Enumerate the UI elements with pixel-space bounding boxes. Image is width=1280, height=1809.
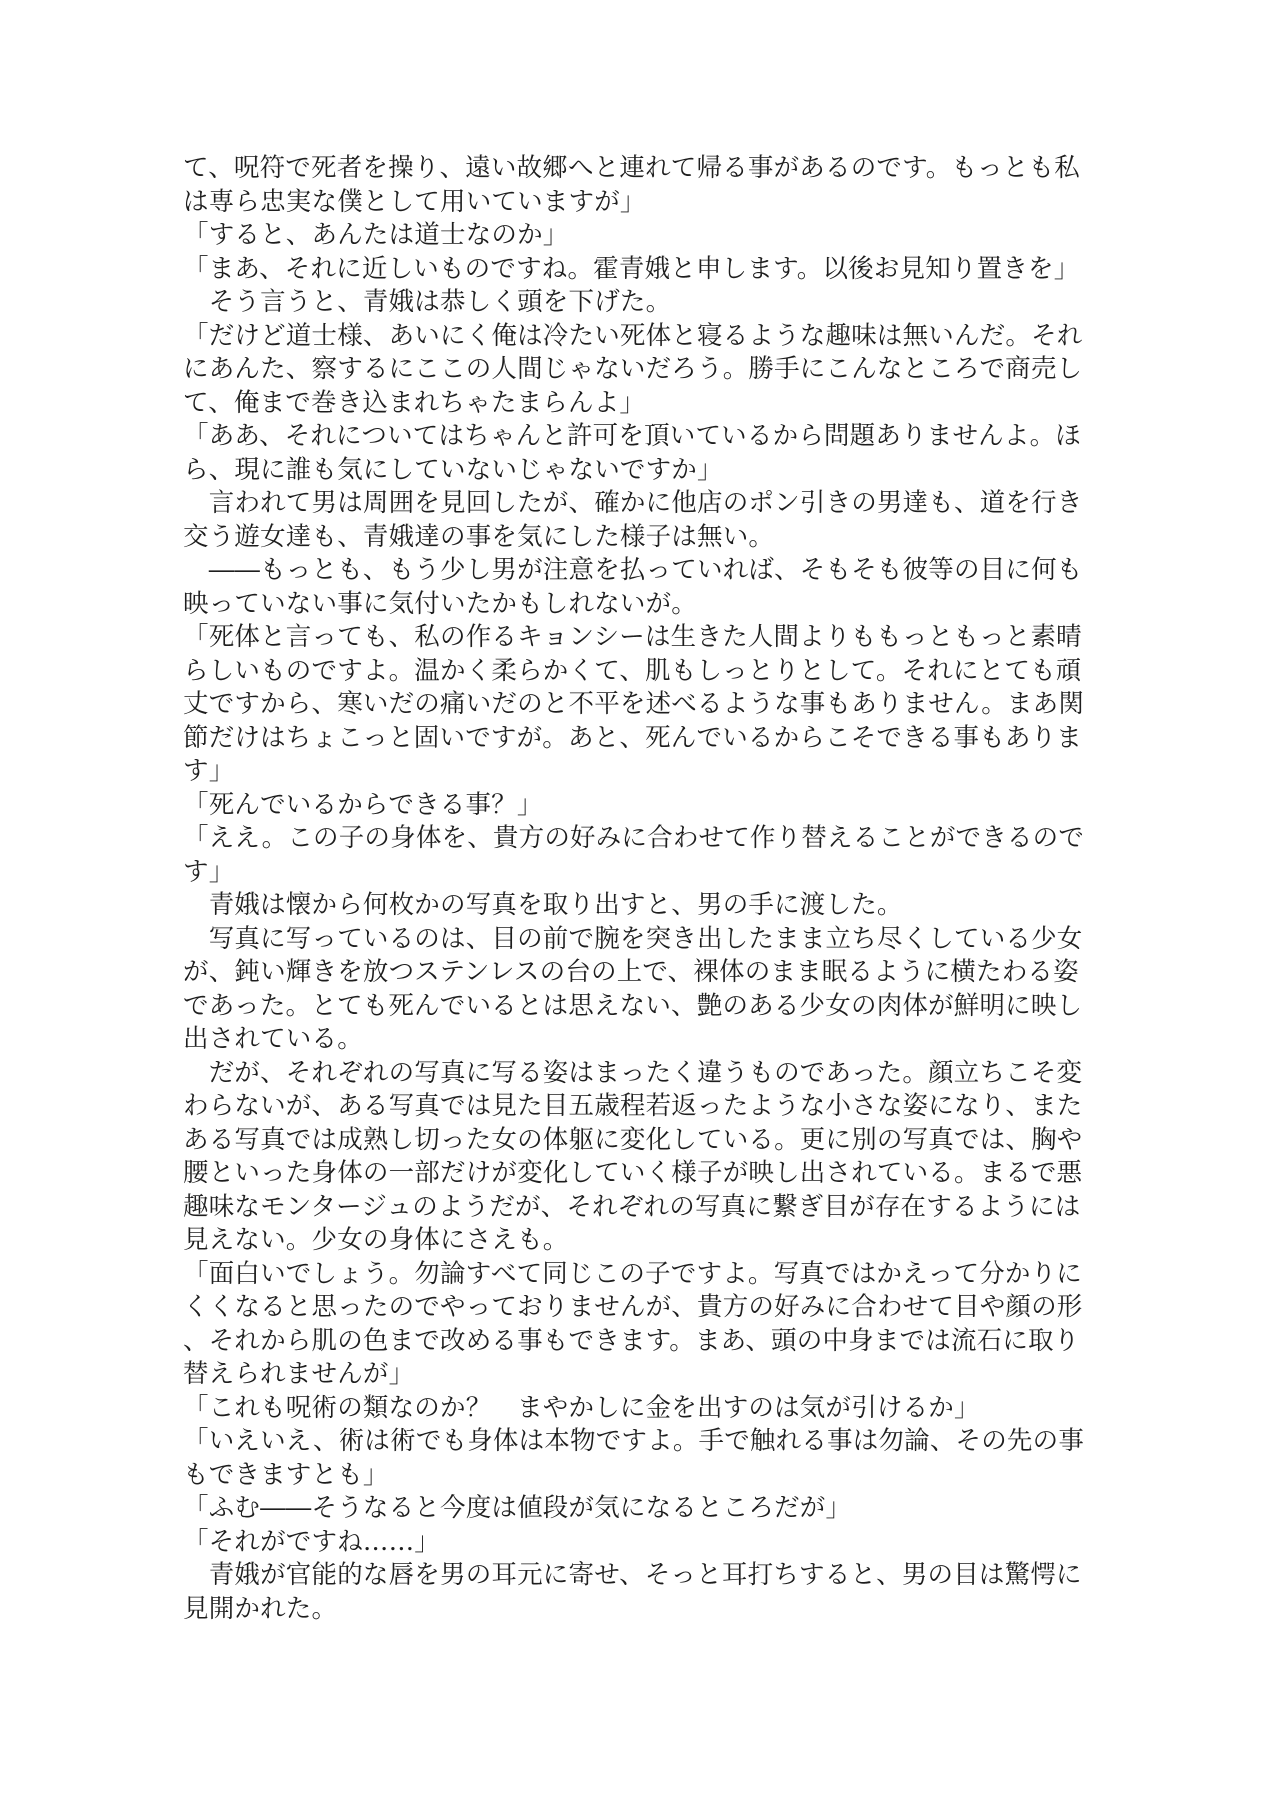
text-line: 「死んでいるからできる事？」 bbox=[183, 789, 1093, 823]
text-line: が、鈍い輝きを放つステンレスの台の上で、裸体のまま眠るように横たわる姿 bbox=[183, 956, 1093, 990]
text-line: 青娥は懐から何枚かの写真を取り出すと、男の手に渡した。 bbox=[183, 889, 1093, 923]
text-line: す」 bbox=[183, 755, 1093, 789]
text-line: 映っていない事に気付いたかもしれないが。 bbox=[183, 588, 1093, 622]
text-line: 言われて男は周囲を見回したが、確かに他店のポン引きの男達も、道を行き bbox=[183, 487, 1093, 521]
text-line: 節だけはちょこっと固いですが。あと、死んでいるからこそできる事もありま bbox=[183, 722, 1093, 756]
text-line: 見開かれた。 bbox=[183, 1593, 1093, 1627]
text-line: 「いえいえ、術は術でも身体は本物ですよ。手で触れる事は勿論、その先の事 bbox=[183, 1425, 1093, 1459]
text-line: 腰といった身体の一部だけが変化していく様子が映し出されている。まるで悪 bbox=[183, 1157, 1093, 1191]
text-line: だが、それぞれの写真に写る姿はまったく違うものであった。顔立ちこそ変 bbox=[183, 1057, 1093, 1091]
text-line: 「ああ、それについてはちゃんと許可を頂いているから問題ありませんよ。ほ bbox=[183, 420, 1093, 454]
text-line: 丈ですから、寒いだの痛いだのと不平を述べるような事もありません。まあ関 bbox=[183, 688, 1093, 722]
text-line: て、呪符で死者を操り、遠い故郷へと連れて帰る事があるのです。もっとも私 bbox=[183, 152, 1093, 186]
text-line: にあんた、察するにここの人間じゃないだろう。勝手にこんなところで商売し bbox=[183, 353, 1093, 387]
text-line: 青娥が官能的な唇を男の耳元に寄せ、そっと耳打ちすると、男の目は驚愕に bbox=[183, 1559, 1093, 1593]
text-line: くくなると思ったのでやっておりませんが、貴方の好みに合わせて目や顔の形 bbox=[183, 1291, 1093, 1325]
text-line: 「それがですね……」 bbox=[183, 1526, 1093, 1560]
text-line: 「だけど道士様、あいにく俺は冷たい死体と寝るような趣味は無いんだ。それ bbox=[183, 320, 1093, 354]
text-line: は専ら忠実な僕として用いていますが」 bbox=[183, 186, 1093, 220]
text-line: 替えられませんが」 bbox=[183, 1358, 1093, 1392]
text-line: ら、現に誰も気にしていないじゃないですか」 bbox=[183, 454, 1093, 488]
text-line: す」 bbox=[183, 856, 1093, 890]
text-line: 「死体と言っても、私の作るキョンシーは生きた人間よりももっともっと素晴 bbox=[183, 621, 1093, 655]
text-line: もできますとも」 bbox=[183, 1459, 1093, 1493]
text-line: 「すると、あんたは道士なのか」 bbox=[183, 219, 1093, 253]
text-line: であった。とても死んでいるとは思えない、艶のある少女の肉体が鮮明に映し bbox=[183, 990, 1093, 1024]
text-line: そう言うと、青娥は恭しく頭を下げた。 bbox=[183, 286, 1093, 320]
text-line: 「ええ。この子の身体を、貴方の好みに合わせて作り替えることができるので bbox=[183, 822, 1093, 856]
text-line: わらないが、ある写真では見た目五歳程若返ったような小さな姿になり、また bbox=[183, 1090, 1093, 1124]
text-line: 趣味なモンタージュのようだが、それぞれの写真に繋ぎ目が存在するようには bbox=[183, 1191, 1093, 1225]
text-line: 出されている。 bbox=[183, 1023, 1093, 1057]
text-line: 「ふむ――そうなると今度は値段が気になるところだが」 bbox=[183, 1492, 1093, 1526]
text-line: 「まあ、それに近しいものですね。霍青娥と申します。以後お見知り置きを」 bbox=[183, 253, 1093, 287]
text-line: らしいものですよ。温かく柔らかくて、肌もしっとりとして。それにとても頑 bbox=[183, 655, 1093, 689]
text-line: 写真に写っているのは、目の前で腕を突き出したまま立ち尽くしている少女 bbox=[183, 923, 1093, 957]
text-line: 「これも呪術の類なのか？ まやかしに金を出すのは気が引けるか」 bbox=[183, 1392, 1093, 1426]
text-line: ――もっとも、もう少し男が注意を払っていれば、そもそも彼等の目に何も bbox=[183, 554, 1093, 588]
document-page: て、呪符で死者を操り、遠い故郷へと連れて帰る事があるのです。もっとも私 は専ら忠… bbox=[0, 0, 1280, 1809]
text-line: て、俺まで巻き込まれちゃたまらんよ」 bbox=[183, 387, 1093, 421]
body-text: て、呪符で死者を操り、遠い故郷へと連れて帰る事があるのです。もっとも私 は専ら忠… bbox=[183, 152, 1093, 1626]
text-line: 交う遊女達も、青娥達の事を気にした様子は無い。 bbox=[183, 521, 1093, 555]
text-line: 「面白いでしょう。勿論すべて同じこの子ですよ。写真ではかえって分かりに bbox=[183, 1258, 1093, 1292]
text-line: 見えない。少女の身体にさえも。 bbox=[183, 1224, 1093, 1258]
text-line: ある写真では成熟し切った女の体躯に変化している。更に別の写真では、胸や bbox=[183, 1124, 1093, 1158]
text-line: 、それから肌の色まで改める事もできます。まあ、頭の中身までは流石に取り bbox=[183, 1325, 1093, 1359]
